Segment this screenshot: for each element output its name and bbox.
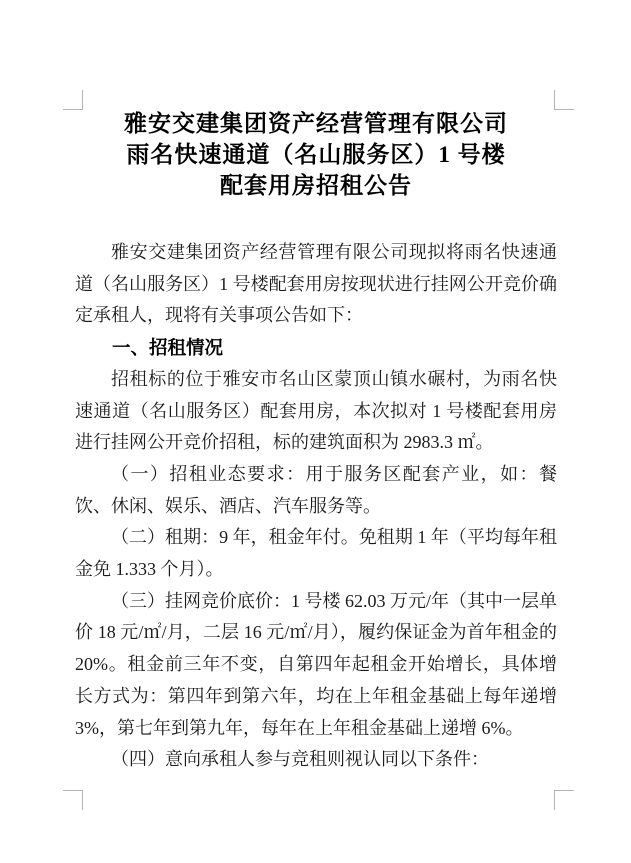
paragraph: （二）租期：9 年，租金年付。免租期 1 年（平均每年租金免 1.333 个月）… — [75, 522, 557, 585]
section-heading: 一、招租情况 — [75, 332, 557, 364]
document-page: 雅安交建集团资产经营管理有限公司雨名快速通道（名山服务区）1 号楼配套用房招租公… — [0, 0, 631, 863]
paragraph: 雅安交建集团资产经营管理有限公司现拟将雨名快速通道（名山服务区）1 号楼配套用房… — [75, 237, 557, 332]
crop-mark-top-left-icon — [63, 90, 83, 110]
paragraph: （一）招租业态要求：用于服务区配套产业，如：餐饮、休闲、娱乐、酒店、汽车服务等。 — [75, 459, 557, 522]
crop-mark-top-right-icon — [554, 90, 574, 110]
crop-mark-bottom-left-icon — [63, 790, 83, 810]
paragraph: 招租标的位于雅安市名山区蒙顶山镇水碾村，为雨名快速通道（名山服务区）配套用房，本… — [75, 364, 557, 459]
paragraph: （四）意向承租人参与竞租则视认同以下条件： — [75, 744, 557, 776]
document-title-line: 配套用房招租公告 — [75, 170, 557, 201]
document-body: 雅安交建集团资产经营管理有限公司现拟将雨名快速通道（名山服务区）1 号楼配套用房… — [75, 237, 557, 776]
paragraph: （三）挂网竞价底价：1 号楼 62.03 万元/年（其中一层单价 18 元/㎡/… — [75, 586, 557, 745]
crop-mark-bottom-right-icon — [554, 790, 574, 810]
document-title: 雅安交建集团资产经营管理有限公司雨名快速通道（名山服务区）1 号楼配套用房招租公… — [75, 108, 557, 201]
document-title-line: 雨名快速通道（名山服务区）1 号楼 — [75, 139, 557, 170]
document-title-line: 雅安交建集团资产经营管理有限公司 — [75, 108, 557, 139]
